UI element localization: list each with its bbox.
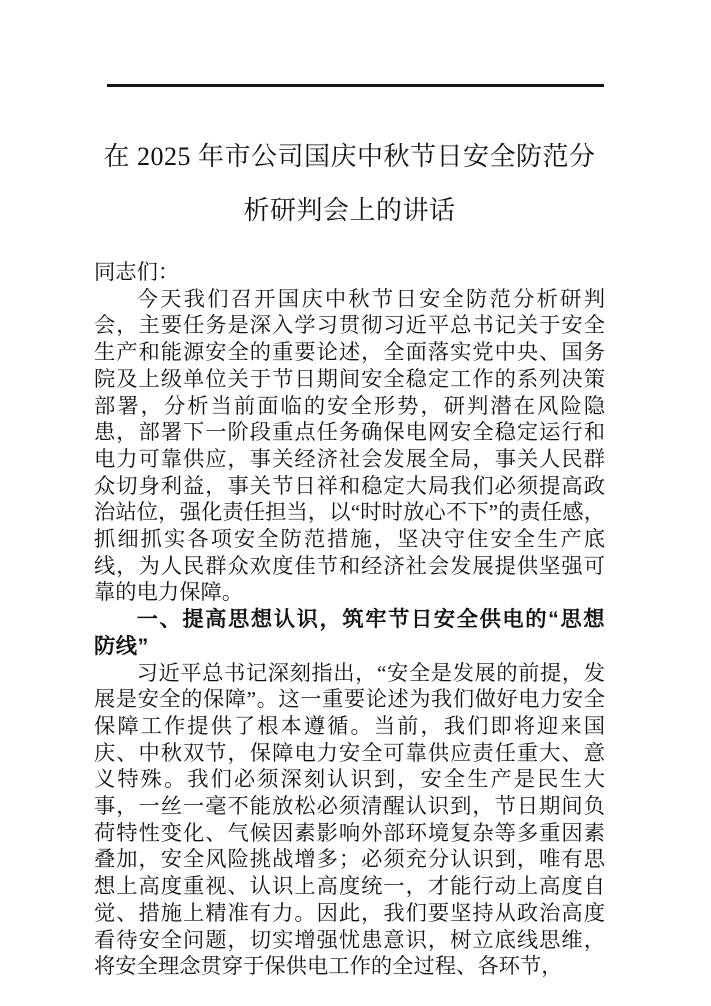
section-heading-1: 一、提高思想认识，筑牢节日安全供电的“思想防线” bbox=[94, 606, 605, 659]
title-line-2: 析研判会上的讲话 bbox=[94, 184, 605, 238]
title-line-1: 在 2025 年市公司国庆中秋节日安全防范分 bbox=[94, 130, 605, 184]
document-page: 在 2025 年市公司国庆中秋节日安全防范分 析研判会上的讲话 同志们： 今天我… bbox=[0, 0, 711, 1006]
document-title: 在 2025 年市公司国庆中秋节日安全防范分 析研判会上的讲话 bbox=[94, 130, 605, 238]
document-body: 同志们： 今天我们召开国庆中秋节日安全防范分析研判会，主要任务是深入学习贯彻习近… bbox=[94, 259, 605, 980]
header-divider-line bbox=[107, 84, 604, 87]
paragraph-section-1: 习近平总书记深刻指出，“安全是发展的前提，发展是安全的保障”。这一重要论述为我们… bbox=[94, 660, 605, 980]
salutation: 同志们： bbox=[94, 259, 605, 286]
paragraph-opening: 今天我们召开国庆中秋节日安全防范分析研判会，主要任务是深入学习贯彻习近平总书记关… bbox=[94, 286, 605, 606]
